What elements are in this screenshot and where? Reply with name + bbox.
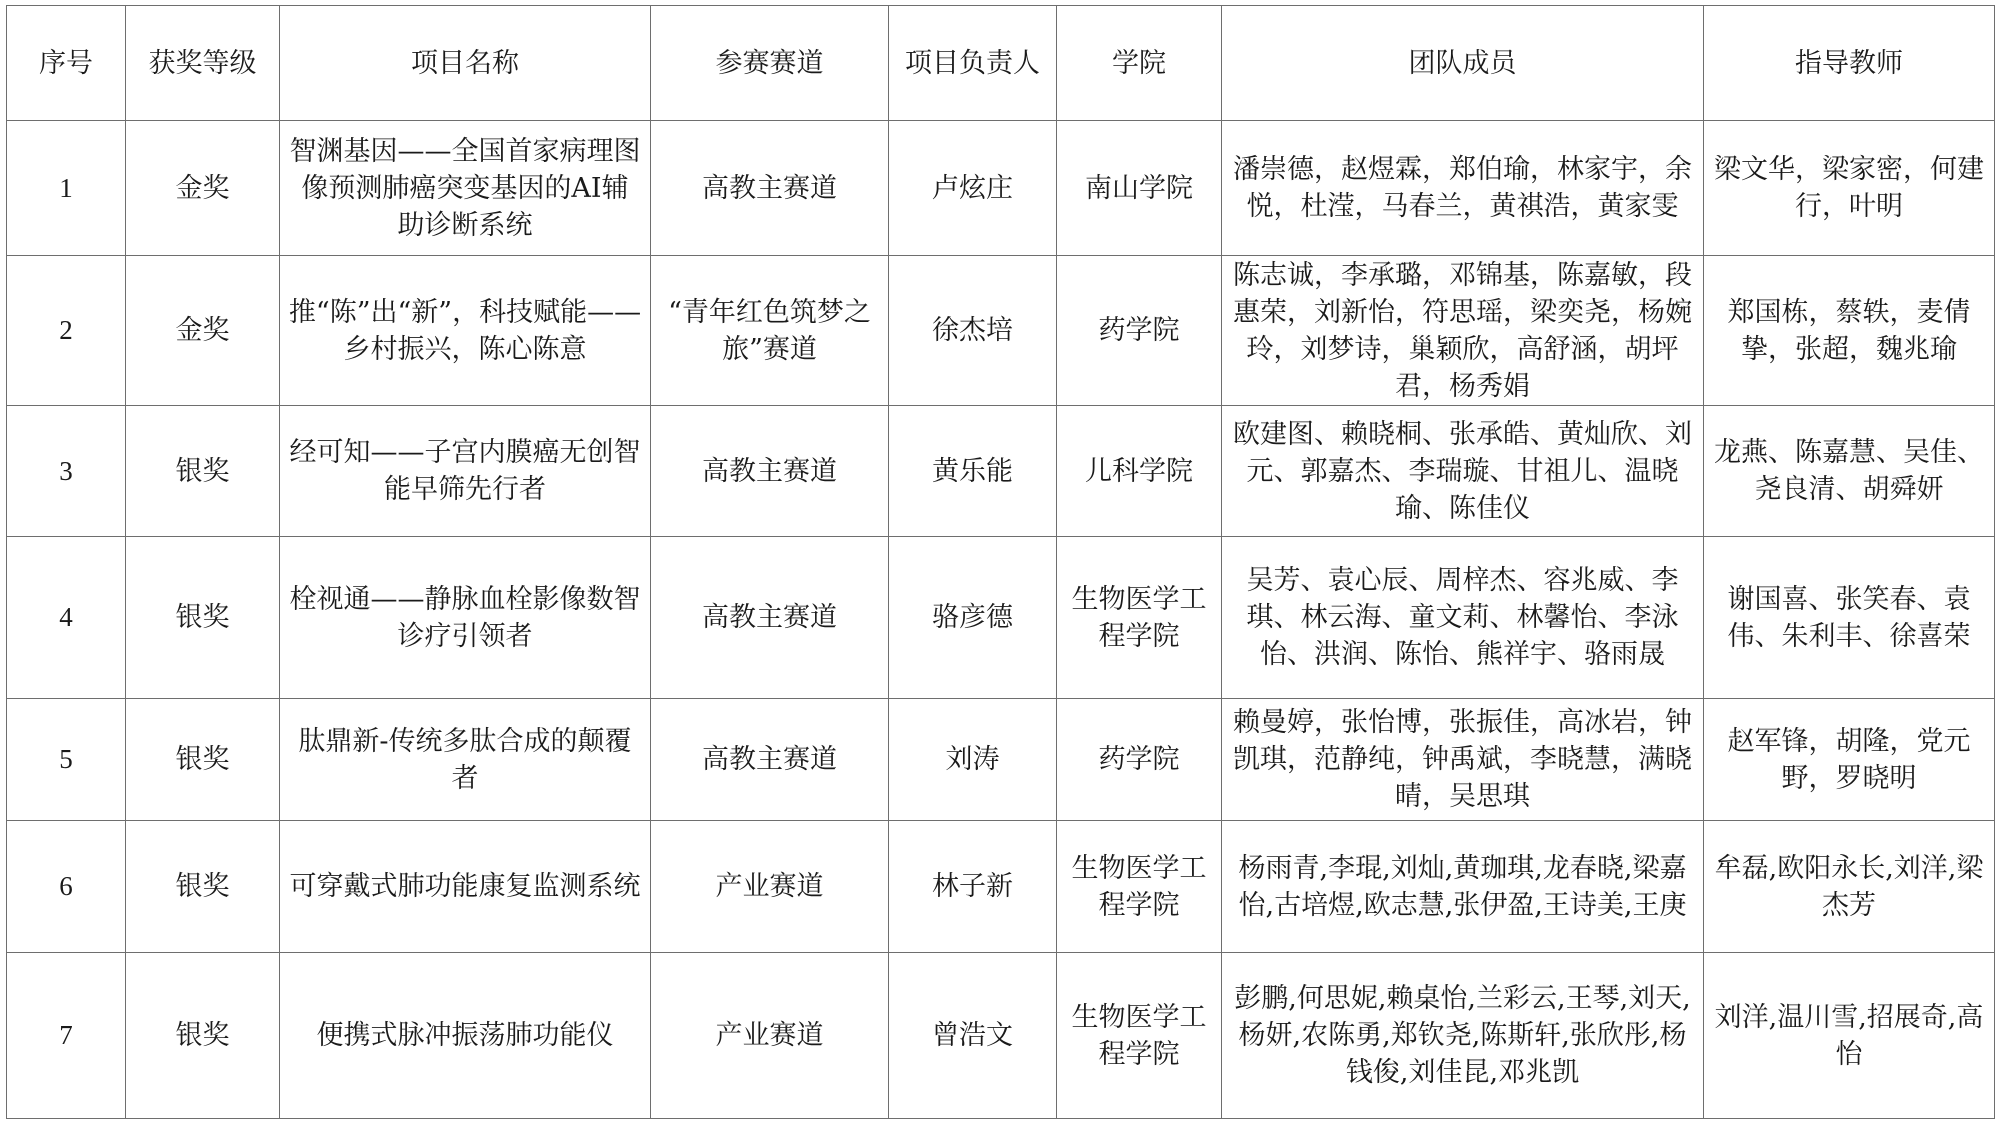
table-row: 5 银奖 肽鼎新-传统多肽合成的颠覆者 高教主赛道 刘涛 药学院 赖曼婷，张怡博… — [7, 699, 1995, 821]
cell-advisors: 梁文华，梁家密，何建行，叶明 — [1704, 121, 1995, 256]
cell-leader: 刘涛 — [889, 699, 1057, 821]
cell-project: 经可知——子宫内膜癌无创智能早筛先行者 — [280, 406, 651, 537]
cell-index: 2 — [7, 256, 126, 406]
cell-college: 生物医学工程学院 — [1057, 821, 1222, 953]
cell-college: 生物医学工程学院 — [1057, 537, 1222, 699]
cell-leader: 卢炫庄 — [889, 121, 1057, 256]
cell-project: 可穿戴式肺功能康复监测系统 — [280, 821, 651, 953]
cell-project: 栓视通——静脉血栓影像数智诊疗引领者 — [280, 537, 651, 699]
header-leader: 项目负责人 — [889, 6, 1057, 121]
cell-track: 产业赛道 — [651, 821, 889, 953]
cell-track: 产业赛道 — [651, 953, 889, 1119]
cell-members: 潘崇德，赵煜霖，郑伯瑜，林家宇，余悦，杜滢，马春兰，黄祺浩，黄家雯 — [1222, 121, 1704, 256]
cell-project: 便携式脉冲振荡肺功能仪 — [280, 953, 651, 1119]
cell-college: 药学院 — [1057, 699, 1222, 821]
table-header-row: 序号 获奖等级 项目名称 参赛赛道 项目负责人 学院 团队成员 指导教师 — [7, 6, 1995, 121]
cell-advisors: 谢国喜、张笑春、袁伟、朱利丰、徐喜荣 — [1704, 537, 1995, 699]
table-row: 3 银奖 经可知——子宫内膜癌无创智能早筛先行者 高教主赛道 黄乐能 儿科学院 … — [7, 406, 1995, 537]
cell-award: 银奖 — [126, 821, 280, 953]
header-college: 学院 — [1057, 6, 1222, 121]
cell-advisors: 郑国栋，蔡轶，麦倩挚，张超，魏兆瑜 — [1704, 256, 1995, 406]
cell-award: 银奖 — [126, 537, 280, 699]
cell-members: 陈志诚，李承璐，邓锦基，陈嘉敏，段惠荣，刘新怡，符思瑶，梁奕尧，杨婉玲，刘梦诗，… — [1222, 256, 1704, 406]
table-row: 6 银奖 可穿戴式肺功能康复监测系统 产业赛道 林子新 生物医学工程学院 杨雨青… — [7, 821, 1995, 953]
cell-advisors: 赵军锋，胡隆，党元野，罗晓明 — [1704, 699, 1995, 821]
cell-college: 生物医学工程学院 — [1057, 953, 1222, 1119]
header-index: 序号 — [7, 6, 126, 121]
cell-index: 1 — [7, 121, 126, 256]
cell-leader: 徐杰培 — [889, 256, 1057, 406]
cell-advisors: 刘洋,温川雪,招展奇,高怡 — [1704, 953, 1995, 1119]
cell-project: 推“陈”出“新”，科技赋能——乡村振兴，陈心陈意 — [280, 256, 651, 406]
cell-advisors: 牟磊,欧阳永长,刘洋,梁杰芳 — [1704, 821, 1995, 953]
cell-track: 高教主赛道 — [651, 699, 889, 821]
cell-track: 高教主赛道 — [651, 406, 889, 537]
cell-project: 肽鼎新-传统多肽合成的颠覆者 — [280, 699, 651, 821]
cell-award: 金奖 — [126, 121, 280, 256]
cell-leader: 骆彦德 — [889, 537, 1057, 699]
cell-award: 银奖 — [126, 953, 280, 1119]
cell-leader: 曾浩文 — [889, 953, 1057, 1119]
cell-members: 杨雨青,李琨,刘灿,黄珈琪,龙春晓,梁嘉怡,古培煜,欧志慧,张伊盈,王诗美,王庚 — [1222, 821, 1704, 953]
table-row: 7 银奖 便携式脉冲振荡肺功能仪 产业赛道 曾浩文 生物医学工程学院 彭鹏,何思… — [7, 953, 1995, 1119]
header-advisors: 指导教师 — [1704, 6, 1995, 121]
header-team-members: 团队成员 — [1222, 6, 1704, 121]
cell-track: 高教主赛道 — [651, 121, 889, 256]
cell-advisors: 龙燕、陈嘉慧、吴佳、尧良清、胡舜妍 — [1704, 406, 1995, 537]
cell-award: 银奖 — [126, 406, 280, 537]
table-row: 1 金奖 智渊基因——全国首家病理图像预测肺癌突变基因的AI辅助诊断系统 高教主… — [7, 121, 1995, 256]
cell-index: 4 — [7, 537, 126, 699]
cell-members: 赖曼婷，张怡博，张振佳，高冰岩，钟凯琪，范静纯，钟禹斌，李晓慧，满晓晴，吴思琪 — [1222, 699, 1704, 821]
table-row: 4 银奖 栓视通——静脉血栓影像数智诊疗引领者 高教主赛道 骆彦德 生物医学工程… — [7, 537, 1995, 699]
cell-members: 彭鹏,何思妮,赖桌怡,兰彩云,王琴,刘天,杨妍,农陈勇,郑钦尧,陈斯轩,张欣彤,… — [1222, 953, 1704, 1119]
cell-index: 7 — [7, 953, 126, 1119]
cell-track: “青年红色筑梦之旅”赛道 — [651, 256, 889, 406]
cell-award: 银奖 — [126, 699, 280, 821]
cell-members: 吴芳、袁心辰、周梓杰、容兆威、李琪、林云海、童文莉、林馨怡、李泳怡、洪润、陈怡、… — [1222, 537, 1704, 699]
cell-index: 5 — [7, 699, 126, 821]
table-row: 2 金奖 推“陈”出“新”，科技赋能——乡村振兴，陈心陈意 “青年红色筑梦之旅”… — [7, 256, 1995, 406]
cell-index: 6 — [7, 821, 126, 953]
cell-college: 南山学院 — [1057, 121, 1222, 256]
cell-college: 儿科学院 — [1057, 406, 1222, 537]
cell-index: 3 — [7, 406, 126, 537]
cell-leader: 林子新 — [889, 821, 1057, 953]
cell-track: 高教主赛道 — [651, 537, 889, 699]
cell-leader: 黄乐能 — [889, 406, 1057, 537]
header-track: 参赛赛道 — [651, 6, 889, 121]
cell-project: 智渊基因——全国首家病理图像预测肺癌突变基因的AI辅助诊断系统 — [280, 121, 651, 256]
header-project-name: 项目名称 — [280, 6, 651, 121]
award-table: 序号 获奖等级 项目名称 参赛赛道 项目负责人 学院 团队成员 指导教师 1 金… — [6, 5, 1995, 1119]
cell-members: 欧建图、赖晓桐、张承皓、黄灿欣、刘元、郭嘉杰、李瑞璇、甘祖儿、温晓瑜、陈佳仪 — [1222, 406, 1704, 537]
cell-award: 金奖 — [126, 256, 280, 406]
header-award-level: 获奖等级 — [126, 6, 280, 121]
cell-college: 药学院 — [1057, 256, 1222, 406]
